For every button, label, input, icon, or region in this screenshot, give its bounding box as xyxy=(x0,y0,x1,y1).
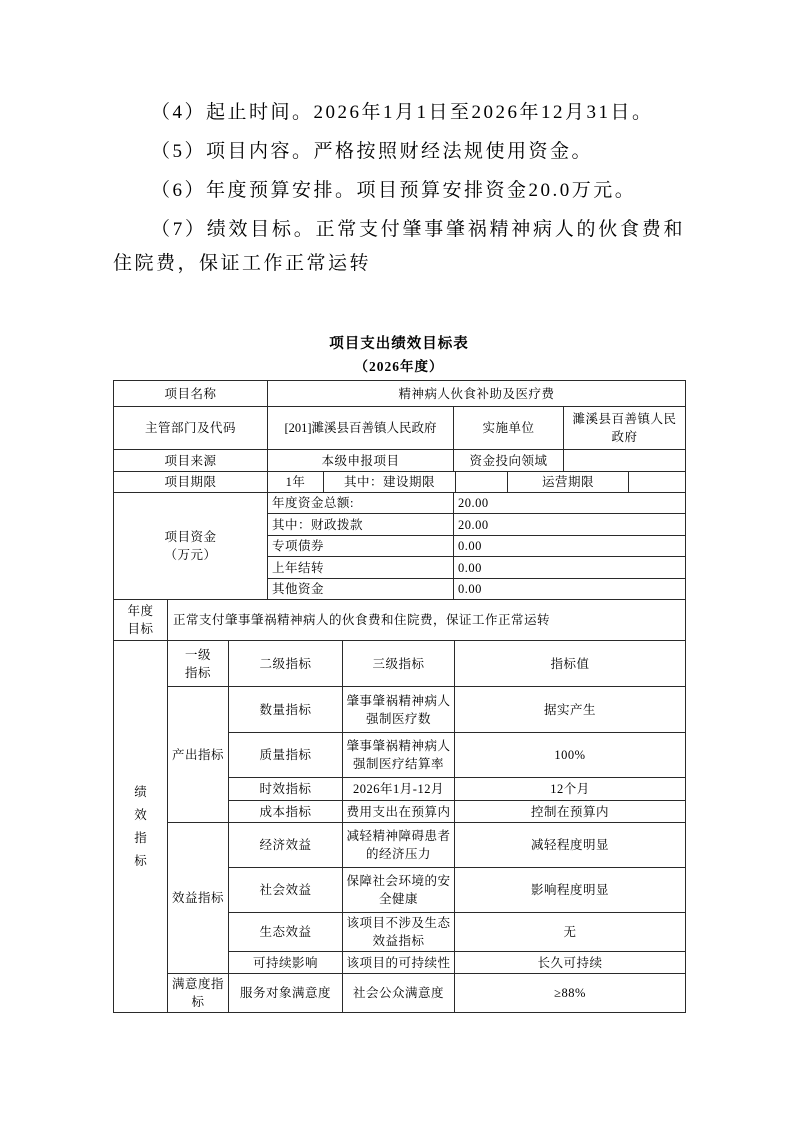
fund-label-cell: 专项债券 xyxy=(268,536,454,557)
indicator-row: 满意度指标 服务对象满意度 社会公众满意度 ≥88% xyxy=(114,974,686,1013)
funds-label-cell: 项目资金 （万元） xyxy=(114,493,268,600)
source-label-cell: 项目来源 xyxy=(114,450,268,472)
construction-value-cell xyxy=(456,472,508,493)
indicator-value-cell: 12个月 xyxy=(455,778,686,801)
table-row: 项目来源 本级申报项目 资金投向领域 xyxy=(114,450,686,472)
table-row: 主管部门及代码 [201]濉溪县百善镇人民政府 实施单位 濉溪县百善镇人民政府 xyxy=(114,407,686,450)
table-row: 项目名称 精神病人伙食补助及医疗费 xyxy=(114,381,686,407)
indicators-side-label: 绩效指标 xyxy=(134,781,148,873)
department-value-cell: [201]濉溪县百善镇人民政府 xyxy=(268,407,454,450)
body-paragraphs: （4）起止时间。2026年1月1日至2026年12月31日。 （5）项目内容。严… xyxy=(113,96,685,281)
indicator-row: 效益指标 经济效益 减轻精神障碍患者的经济压力 减轻程度明显 xyxy=(114,823,686,868)
header-level3-cell: 三级指标 xyxy=(343,641,455,687)
document-page: （4）起止时间。2026年1月1日至2026年12月31日。 （5）项目内容。严… xyxy=(0,0,794,1122)
level2-cell: 服务对象满意度 xyxy=(229,974,343,1013)
period-value-cell: 1年 xyxy=(268,472,324,493)
fund-label-cell: 年度资金总额: xyxy=(268,493,454,514)
fund-value-cell: 0.00 xyxy=(454,557,686,579)
construction-label-cell: 其中：建设期限 xyxy=(324,472,456,493)
impl-unit-value-cell: 濉溪县百善镇人民政府 xyxy=(564,407,686,450)
level1-cell: 产出指标 xyxy=(168,687,229,823)
level3-cell: 肇事肇祸精神病人强制医疗结算率 xyxy=(343,733,455,778)
level2-cell: 数量指标 xyxy=(229,687,343,733)
indicator-value-cell: 100% xyxy=(455,733,686,778)
impl-unit-label-cell: 实施单位 xyxy=(454,407,564,450)
indicator-value-cell: 控制在预算内 xyxy=(455,801,686,823)
level3-cell: 减轻精神障碍患者的经济压力 xyxy=(343,823,455,868)
department-label-cell: 主管部门及代码 xyxy=(114,407,268,450)
level3-cell: 该项目的可持续性 xyxy=(343,952,455,974)
header-level1-cell: 一级 指标 xyxy=(168,641,229,687)
header-level2-cell: 二级指标 xyxy=(229,641,343,687)
impl-unit-value: 濉溪县百善镇人民政府 xyxy=(572,410,678,446)
indicator-row: 产出指标 数量指标 肇事肇祸精神病人强制医疗数 据实产生 xyxy=(114,687,686,733)
annual-goal-table: 年度 目标 正常支付肇事肇祸精神病人的伙食费和住院费，保证工作正常运转 xyxy=(113,599,686,641)
fund-label-cell: 其他资金 xyxy=(268,579,454,600)
paragraph-5: （5）项目内容。严格按照财经法规使用资金。 xyxy=(113,135,685,169)
funds-table: 项目资金 （万元） 年度资金总额: 20.00 其中：财政拨款 20.00 专项… xyxy=(113,492,686,600)
level3-cell: 社会公众满意度 xyxy=(343,974,455,1013)
indicator-value-cell: 长久可持续 xyxy=(455,952,686,974)
indicator-value-cell: 无 xyxy=(455,913,686,952)
paragraph-6: （6）年度预算安排。项目预算安排资金20.0万元。 xyxy=(113,174,685,208)
header-value-cell: 指标值 xyxy=(455,641,686,687)
indicators-table: 绩效指标 一级 指标 二级指标 三级指标 指标值 产出指标 数量指标 肇事肇祸精… xyxy=(113,640,686,1013)
project-name-value-cell: 精神病人伙食补助及医疗费 xyxy=(268,381,686,407)
invest-field-label-cell: 资金投向领域 xyxy=(454,450,564,472)
level3-cell: 该项目不涉及生态效益指标 xyxy=(343,913,455,952)
level3-cell: 2026年1月-12月 xyxy=(343,778,455,801)
info-table: 项目名称 精神病人伙食补助及医疗费 主管部门及代码 [201]濉溪县百善镇人民政… xyxy=(113,380,686,472)
indicators-side-label-cell: 绩效指标 xyxy=(114,641,168,1013)
level2-cell: 成本指标 xyxy=(229,801,343,823)
table-title: 项目支出绩效目标表 xyxy=(113,333,685,355)
period-label-cell: 项目期限 xyxy=(114,472,268,493)
level2-cell: 生态效益 xyxy=(229,913,343,952)
paragraph-4: （4）起止时间。2026年1月1日至2026年12月31日。 xyxy=(113,96,685,130)
period-table: 项目期限 1年 其中：建设期限 运营期限 xyxy=(113,471,686,493)
fund-label-cell: 其中：财政拨款 xyxy=(268,514,454,536)
annual-goal-text-cell: 正常支付肇事肇祸精神病人的伙食费和住院费，保证工作正常运转 xyxy=(168,600,686,641)
fund-value-cell: 20.00 xyxy=(454,514,686,536)
operation-label-cell: 运营期限 xyxy=(508,472,629,493)
fund-value-cell: 0.00 xyxy=(454,579,686,600)
annual-goal-label-cell: 年度 目标 xyxy=(114,600,168,641)
fund-value-cell: 0.00 xyxy=(454,536,686,557)
invest-field-value-cell xyxy=(564,450,686,472)
table-subtitle: （2026年度） xyxy=(113,357,685,377)
level2-cell: 质量指标 xyxy=(229,733,343,778)
fund-value-cell: 20.00 xyxy=(454,493,686,514)
indicator-value-cell: ≥88% xyxy=(455,974,686,1013)
level1-cell: 效益指标 xyxy=(168,823,229,974)
level1-cell: 满意度指标 xyxy=(168,974,229,1013)
indicator-value-cell: 据实产生 xyxy=(455,687,686,733)
level3-cell: 保障社会环境的安全健康 xyxy=(343,868,455,913)
performance-target-table: 项目名称 精神病人伙食补助及医疗费 主管部门及代码 [201]濉溪县百善镇人民政… xyxy=(113,380,685,1013)
level2-cell: 时效指标 xyxy=(229,778,343,801)
operation-value-cell xyxy=(629,472,686,493)
fund-row: 项目资金 （万元） 年度资金总额: 20.00 xyxy=(114,493,686,514)
level3-cell: 费用支出在预算内 xyxy=(343,801,455,823)
fund-label-cell: 上年结转 xyxy=(268,557,454,579)
project-name-label-cell: 项目名称 xyxy=(114,381,268,407)
table-row: 年度 目标 正常支付肇事肇祸精神病人的伙食费和住院费，保证工作正常运转 xyxy=(114,600,686,641)
level2-cell: 经济效益 xyxy=(229,823,343,868)
level3-cell: 肇事肇祸精神病人强制医疗数 xyxy=(343,687,455,733)
paragraph-7: （7）绩效目标。正常支付肇事肇祸精神病人的伙食费和住院费，保证工作正常运转 xyxy=(113,213,685,281)
source-value-cell: 本级申报项目 xyxy=(268,450,454,472)
indicator-value-cell: 减轻程度明显 xyxy=(455,823,686,868)
table-row: 项目期限 1年 其中：建设期限 运营期限 xyxy=(114,472,686,493)
level2-cell: 社会效益 xyxy=(229,868,343,913)
indicator-header-row: 绩效指标 一级 指标 二级指标 三级指标 指标值 xyxy=(114,641,686,687)
level2-cell: 可持续影响 xyxy=(229,952,343,974)
indicator-value-cell: 影响程度明显 xyxy=(455,868,686,913)
